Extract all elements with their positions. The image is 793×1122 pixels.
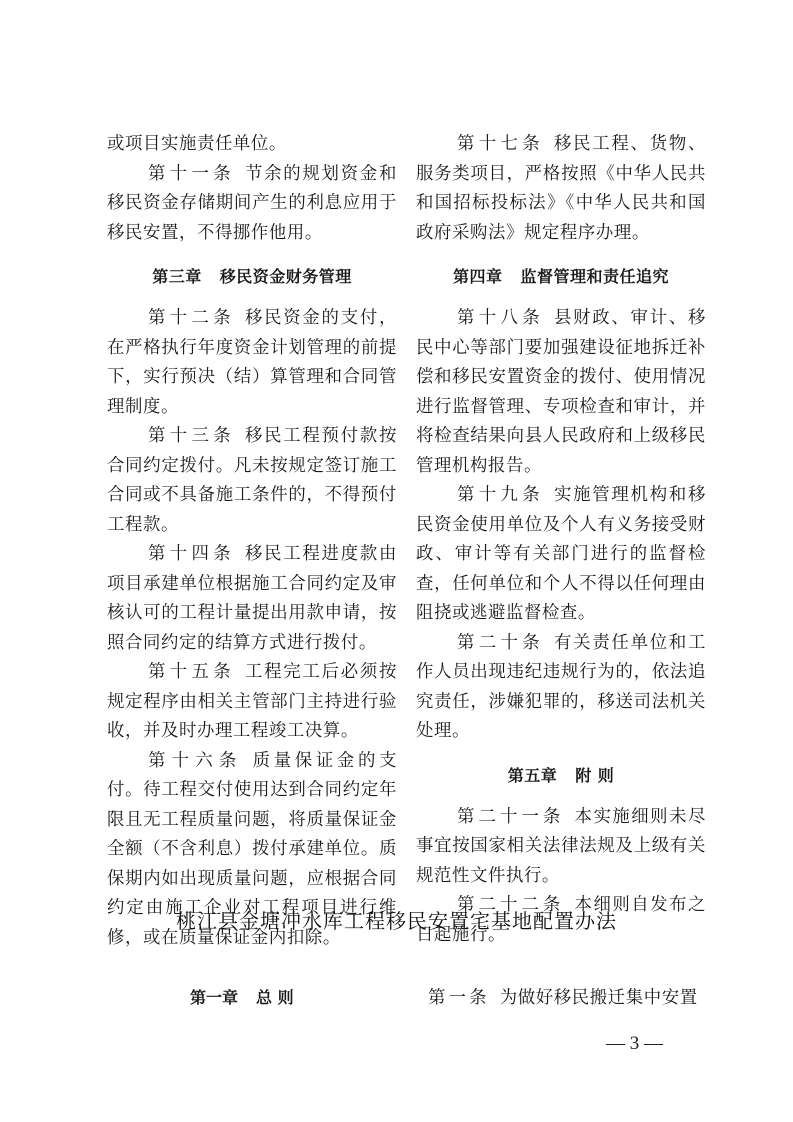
article-19: 第十九条实施管理机构和移民资金使用单位及个人有义务接受财政、审计等有关部门进行的… xyxy=(416,481,706,629)
article-14: 第十四条移民工程进度款由项目承建单位根据施工合同约定及审核认可的工程计量提出用款… xyxy=(107,540,397,658)
article-21: 第二十一条本实施细则未尽事宜按国家相关法律法规及上级有关规范性文件执行。 xyxy=(416,803,706,892)
left-column: 或项目实施责任单位。 第十一条节余的规划资金和移民资金存储期间产生的利息应用于移… xyxy=(107,130,397,953)
article-label: 第十三条 xyxy=(148,426,235,446)
article-text: 为做好移民搬迁集中安置 xyxy=(500,988,698,1008)
chapter-3-heading: 第三章移民资金财务管理 xyxy=(107,262,397,292)
article-label: 第二十一条 xyxy=(457,807,565,827)
article-11: 第十一条节余的规划资金和移民资金存储期间产生的利息应用于移民安置，不得挪作他用。 xyxy=(107,160,397,249)
chapter-number: 第三章 xyxy=(152,267,202,286)
article-label: 第十四条 xyxy=(148,544,235,564)
article-label: 第十六条 xyxy=(148,751,243,771)
chapter-title: 移民资金财务管理 xyxy=(220,267,352,286)
chapter-5-heading: 第五章附 则 xyxy=(416,761,706,791)
article-15: 第十五条工程完工后必须按规定程序由相关主管部门主持进行验收，并及时办理工程竣工决… xyxy=(107,658,397,747)
article-18: 第十八条县财政、审计、移民中心等部门要加强建设征地拆迁补偿和移民安置资金的拨付、… xyxy=(416,304,706,481)
article-label: 第十七条 xyxy=(457,134,544,154)
right-column: 第十七条移民工程、货物、服务类项目，严格按照《中华人民共和国招标投标法》《中华人… xyxy=(416,130,706,950)
article-label: 第二十条 xyxy=(457,633,544,653)
article-label: 第十九条 xyxy=(457,485,544,505)
article-text: 实施管理机构和移民资金使用单位及个人有义务接受财政、审计等有关部门进行的监督检查… xyxy=(416,485,706,623)
page-number: — 3 — xyxy=(606,1033,663,1055)
article-1: 第一条为做好移民搬迁集中安置 xyxy=(428,983,718,1008)
chapter-4-heading: 第四章监督管理和责任追究 xyxy=(416,262,706,292)
article-label: 第十五条 xyxy=(148,662,235,682)
article-label: 第十一条 xyxy=(148,164,235,184)
article-13: 第十三条移民工程预付款按合同约定拨付。凡未按规定签订施工合同或不具备施工条件的，… xyxy=(107,422,397,540)
article-label: 第十八条 xyxy=(457,308,544,328)
chapter-title: 总 则 xyxy=(256,988,294,1007)
chapter-title: 监督管理和责任追究 xyxy=(521,267,670,286)
article-label: 第十二条 xyxy=(148,308,235,328)
chapter-title: 附 则 xyxy=(575,766,614,785)
chapter-number: 第五章 xyxy=(508,766,558,785)
article-17: 第十七条移民工程、货物、服务类项目，严格按照《中华人民共和国招标投标法》《中华人… xyxy=(416,130,706,248)
article-text: 县财政、审计、移民中心等部门要加强建设征地拆迁补偿和移民安置资金的拨付、使用情况… xyxy=(416,308,706,476)
chapter-number: 第一章 xyxy=(190,988,238,1007)
chapter-number: 第四章 xyxy=(453,267,503,286)
article-12: 第十二条移民资金的支付，在严格执行年度资金计划管理的前提下，实行预决（结）算管理… xyxy=(107,304,397,422)
article-20: 第二十条有关责任单位和工作人员出现违纪违规行为的，依法追究责任，涉嫌犯罪的，移送… xyxy=(416,629,706,747)
paragraph-continuation: 或项目实施责任单位。 xyxy=(107,130,397,160)
chapter-1-heading: 第一章总 则 xyxy=(190,985,294,1008)
article-label: 第一条 xyxy=(428,988,490,1008)
document-title: 桃江县金塘冲水库工程移民安置宅基地配置办法 xyxy=(0,905,793,934)
